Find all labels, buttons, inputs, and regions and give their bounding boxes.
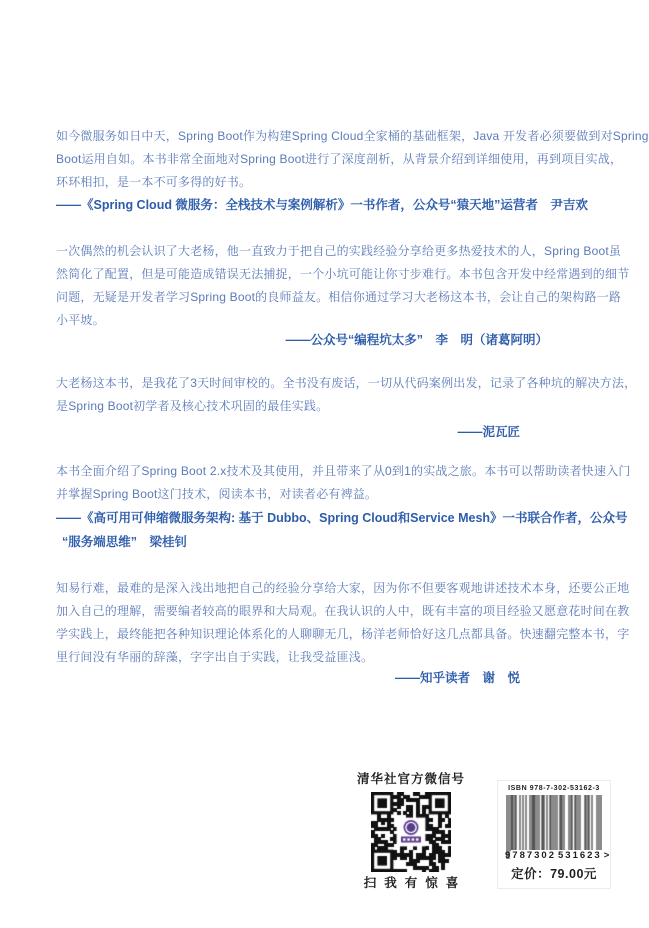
quote-attribution: “服务端思维” 梁桂钊 <box>56 530 623 554</box>
wechat-account-label: 清华社官方微信号 <box>351 772 471 786</box>
quote-text-line: 并掌握Spring Boot这门技术，阅读本书，对读者必有裨益。 <box>56 483 623 506</box>
quote-block-2: 一次偶然的机会认识了大老杨，他一直致力于把自己的实践经验分享给更多热爱技术的人，… <box>56 240 623 352</box>
quote-text-line: 知易行难，最难的是深入浅出地把自己的经验分享给大家，因为你不但要客观地讲述技术本… <box>56 577 623 600</box>
barcode-digit-group: 9 <box>504 850 511 861</box>
quote-text-line: 大老杨这本书，是我花了3天时间审校的。全书没有废话，一切从代码案例出发，记录了各… <box>56 372 623 395</box>
wechat-qr-code <box>371 792 451 872</box>
quote-attribution: ——《高可用可伸缩微服务架构: 基于 Dubbo、Spring Cloud和Se… <box>56 506 623 530</box>
isbn-number-label: ISBN 978-7-302-53162-3 <box>498 785 610 793</box>
isbn-barcode-box: ISBN 978-7-302-53162-3 9 787302 531623 >… <box>497 780 611 889</box>
quote-attribution: ——知乎读者 谢 悦 <box>56 667 623 690</box>
quote-block-4: 本书全面介绍了Spring Boot 2.x技术及其使用，并且带来了从0到1的实… <box>56 460 623 554</box>
price-label: 定价：79.00元 <box>498 864 610 882</box>
scan-me-label: 扫我有惊喜 <box>351 876 471 890</box>
quote-text-line: 学实践上，最终能把各种知识理论体系化的人聊聊无几，杨洋老师恰好这几点都具备。快速… <box>56 623 623 646</box>
wechat-qr-section: 清华社官方微信号 扫我有惊喜 <box>351 772 471 890</box>
barcode-digit-group: 531623 <box>557 850 603 861</box>
quote-attribution: ——《Spring Cloud 微服务：全栈技术与案例解析》一书作者，公众号“猿… <box>56 194 623 217</box>
barcode-trailing-char: > <box>603 850 611 861</box>
quote-text-line: 环环相扣，是一本不可多得的好书。 <box>56 171 623 194</box>
quote-attribution: ——公众号“编程坑太多” 李 明（诸葛阿明） <box>56 329 623 352</box>
quote-block-1: 如今微服务如日中天，Spring Boot作为构建Spring Cloud全家桶… <box>56 125 623 217</box>
book-back-cover: 如今微服务如日中天，Spring Boot作为构建Spring Cloud全家桶… <box>0 0 649 928</box>
quote-text-line: 是Spring Boot初学者及核心技术巩固的最佳实践。 <box>56 395 623 418</box>
quote-attribution: ——泥瓦匠 <box>56 421 623 444</box>
quote-text-line: 里行间没有华丽的辞藻，字字出自于实践，让我受益匪浅。 <box>56 646 623 669</box>
quote-block-5: 知易行难，最难的是深入浅出地把自己的经验分享给大家，因为你不但要客观地讲述技术本… <box>56 577 623 690</box>
quote-text-line: 然简化了配置，但是可能造成错误无法捕捉，一个小坑可能让你寸步难行。本书包含开发中… <box>56 263 623 286</box>
quote-text-line: 本书全面介绍了Spring Boot 2.x技术及其使用，并且带来了从0到1的实… <box>56 460 623 483</box>
quote-text-line: 如今微服务如日中天，Spring Boot作为构建Spring Cloud全家桶… <box>56 125 623 148</box>
barcode-digits-row: 9 787302 531623 > <box>504 850 604 861</box>
quote-text-line: Boot运用自如。本书非常全面地对Spring Boot进行了深度剖析，从背景介… <box>56 148 623 171</box>
quote-text-line: 加入自己的理解，需要编者较高的眼界和大局观。在我认识的人中，既有丰富的项目经验又… <box>56 600 623 623</box>
barcode-digit-group: 787302 <box>511 850 557 861</box>
quote-text-line: 一次偶然的机会认识了大老杨，他一直致力于把自己的实践经验分享给更多热爱技术的人，… <box>56 240 623 263</box>
quote-text-line: 问题，无疑是开发者学习Spring Boot的良师益友。相信你通过学习大老杨这本… <box>56 286 623 309</box>
quote-block-3: 大老杨这本书，是我花了3天时间审校的。全书没有废话，一切从代码案例出发，记录了各… <box>56 372 623 444</box>
